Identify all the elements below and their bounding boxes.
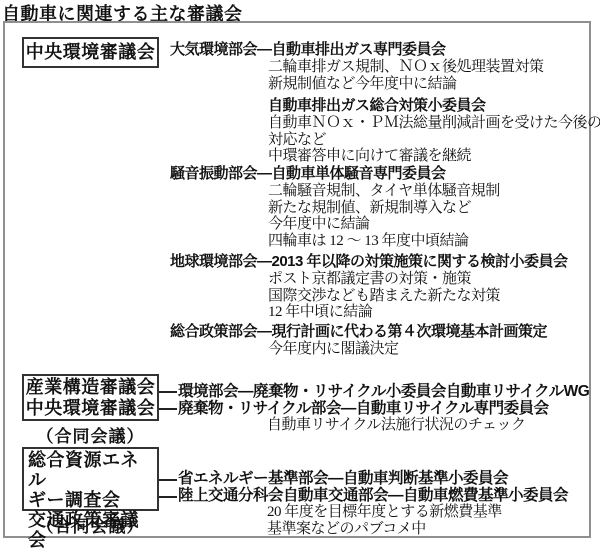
council-box-line: 中央環境審議会: [24, 398, 157, 419]
committee-row: 環境部会―廃棄物・リサイクル小委員会自動車リサイクルWG: [178, 383, 589, 400]
detail-line: 基準案などのパブコメ中: [267, 521, 568, 538]
council-box-line: 産業構造審議会: [24, 377, 157, 398]
connector-line: [159, 496, 177, 498]
section-taiki-kankyo: 大気環境部会―自動車排出ガス専門委員会 二輪車排ガス規制、ＮＯｘ後処理装置対策 …: [170, 41, 600, 165]
joint-meeting-caption: （合同会議）: [22, 512, 159, 537]
detail-line: 20 年度を目標年度とする新燃費基準: [267, 504, 568, 521]
section-soon-shindo: 騒音振動部会―自動車単体騒音専門委員会 二輪騒音規制、タイヤ単体騒音規制 新たな…: [170, 165, 500, 249]
joint-meeting-caption: （合同会議）: [22, 422, 159, 447]
group3-rows: 省エネルギー基準部会―自動車判断基準小委員会 陸上交通分科会自動車交通部会―自動…: [178, 470, 568, 537]
detail-line: 今年度内に閣議決定: [268, 341, 547, 358]
detail-line: ポスト京都議定書の対策・施策: [268, 271, 568, 288]
council-box-line: 総合資源エネル: [28, 450, 157, 490]
section-header: 総合政策部会―現行計画に代わる第４次環境基本計画策定: [170, 323, 547, 341]
group2-rows: 環境部会―廃棄物・リサイクル小委員会自動車リサイクルWG 廃棄物・リサイクル部会…: [178, 383, 589, 434]
council-box-line: ギー調査会: [28, 490, 157, 510]
detail-line: 12 年中頃に結論: [268, 304, 568, 321]
detail-line: 四輪車は 12 ～ 13 年度中頃結論: [268, 233, 500, 250]
connector-line: [159, 391, 177, 393]
committee-row: 陸上交通分科会自動車交通部会―自動車燃費基準小委員会: [178, 487, 568, 504]
section-header: 大気環境部会―自動車排出ガス専門委員会: [170, 41, 600, 59]
detail-line: 今年度中に結論: [268, 216, 500, 233]
section-header: 地球環境部会―2013 年以降の対策施策に関する検討小委員会: [170, 253, 568, 271]
detail-line: 中環審答申に向けて審議を継続: [268, 148, 600, 165]
detail-line: 国際交渉なども踏まえた新たな対策: [268, 288, 568, 305]
section-header: 騒音振動部会―自動車単体騒音専門委員会: [170, 165, 500, 183]
council-box-sangyo-chuo: 産業構造審議会 中央環境審議会: [22, 374, 159, 421]
subcommittee-header: 自動車排出ガス総合対策小委員会: [268, 97, 600, 114]
council-box-energy-kotsu: 総合資源エネル ギー調査会 交通政策審議会: [22, 447, 159, 511]
detail-line: 対応など: [268, 132, 600, 149]
connector-line: [159, 408, 177, 410]
detail-line: 新たな規制値、新規制導入など: [268, 200, 500, 217]
detail-line: 二輪騒音規制、タイヤ単体騒音規制: [268, 183, 500, 200]
committee-row: 省エネルギー基準部会―自動車判断基準小委員会: [178, 470, 568, 487]
section-sogo-seisaku: 総合政策部会―現行計画に代わる第４次環境基本計画策定 今年度内に閣議決定: [170, 323, 547, 358]
detail-line: 自動車リサイクル法施行状況のチェック: [267, 417, 589, 434]
section-chikyu-kankyo: 地球環境部会―2013 年以降の対策施策に関する検討小委員会 ポスト京都議定書の…: [170, 253, 568, 321]
detail-line: 新規制値など今年度中に結論: [268, 76, 600, 93]
council-box-chuo-kankyo: 中央環境審議会: [22, 37, 159, 68]
detail-line: 自動車ＮＯｘ・ＰＭ法総量削減計画を受けた今後の: [268, 115, 600, 132]
connector-line: [159, 479, 177, 481]
detail-line: 二輪車排ガス規制、ＮＯｘ後処理装置対策: [268, 59, 600, 76]
committee-row: 廃棄物・リサイクル部会―自動車リサイクル専門委員会: [178, 400, 589, 417]
